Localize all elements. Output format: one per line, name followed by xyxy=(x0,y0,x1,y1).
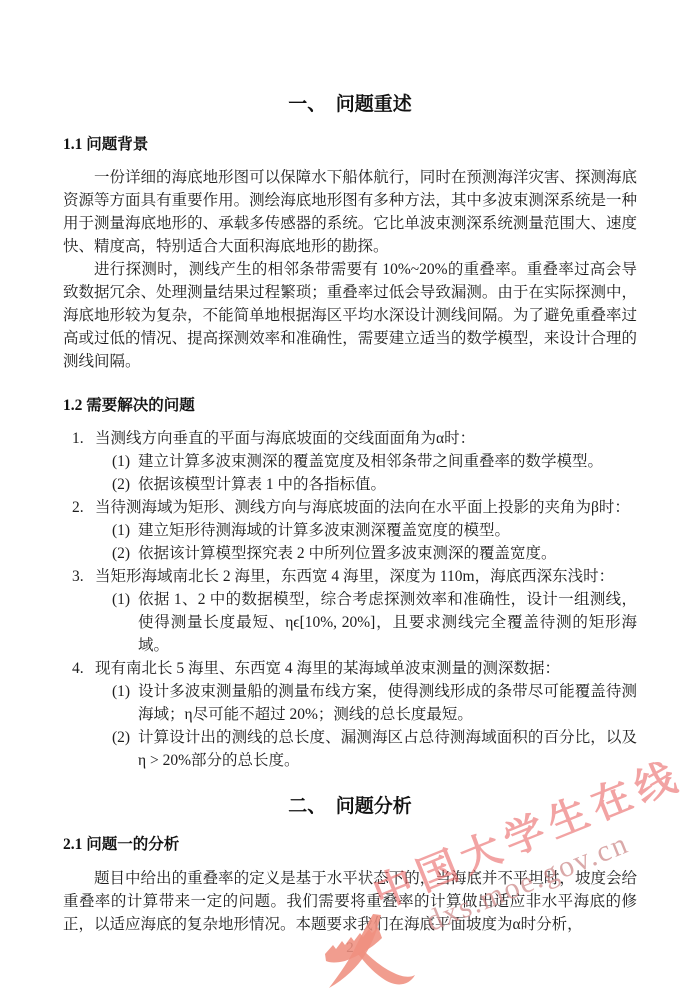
list-item-problem-2-2: (2) 依据该计算模型探究表 2 中所列位置多波束测深的覆盖宽度。 xyxy=(63,542,637,565)
list-item-text: 依据该计算模型探究表 2 中所列位置多波束测深的覆盖宽度。 xyxy=(138,542,637,565)
list-marker: (1) xyxy=(112,588,138,657)
list-marker: (2) xyxy=(112,726,138,772)
list-item-problem-3-1: (1) 依据 1、2 中的数据模型，综合考虑探测效率和准确性，设计一组测线，使得… xyxy=(63,588,637,657)
heading-problems-to-solve: 1.2 需要解决的问题 xyxy=(63,395,637,417)
list-item-text: 依据该模型计算表 1 中的各指标值。 xyxy=(138,473,637,496)
heading-problem-background: 1.1 问题背景 xyxy=(63,134,637,156)
list-marker: (2) xyxy=(112,542,138,565)
section-title-problem-restatement: 一、 问题重述 xyxy=(63,92,637,118)
list-item-problem-2: 2. 当待测海域为矩形、测线方向与海底坡面的法向在水平面上投影的夹角为β时： xyxy=(63,496,637,519)
list-item-text: 计算设计出的测线的总长度、漏测海区占总待测海域面积的百分比，以及 η > 20%… xyxy=(138,726,637,772)
list-item-text: 依据 1、2 中的数据模型，综合考虑探测效率和准确性，设计一组测线，使得测量长度… xyxy=(138,588,637,657)
list-marker: (1) xyxy=(112,450,138,473)
list-item-text: 现有南北长 5 海里、东西宽 4 海里的某海域单波束测量的测深数据： xyxy=(95,657,637,680)
list-item-problem-1-2: (2) 依据该模型计算表 1 中的各指标值。 xyxy=(63,473,637,496)
list-marker: 3. xyxy=(72,565,95,588)
list-item-problem-1: 1. 当测线方向垂直的平面与海底坡面的交线面面角为α时： xyxy=(63,427,637,450)
list-marker: (2) xyxy=(112,473,138,496)
list-marker: 2. xyxy=(72,496,95,519)
list-item-problem-4-1: (1) 设计多波束测量船的测量布线方案，使得测线形成的条带尽可能覆盖待测海域；η… xyxy=(63,680,637,726)
paragraph-background-1: 一份详细的海底地形图可以保障水下船体航行，同时在预测海洋灾害、探测海底资源等方面… xyxy=(63,166,637,258)
section-title-problem-analysis: 二、 问题分析 xyxy=(63,794,637,820)
heading-analysis-problem-1: 2.1 问题一的分析 xyxy=(63,834,637,856)
list-item-problem-4: 4. 现有南北长 5 海里、东西宽 4 海里的某海域单波束测量的测深数据： xyxy=(63,657,637,680)
list-item-text: 建立矩形待测海域的计算多波束测深覆盖宽度的模型。 xyxy=(138,519,637,542)
list-item-problem-4-2: (2) 计算设计出的测线的总长度、漏测海区占总待测海域面积的百分比，以及 η >… xyxy=(63,726,637,772)
paragraph-analysis-1: 题目中给出的重叠率的定义是基于水平状态下的，当海底并不平坦时，坡度会给重叠率的计… xyxy=(63,867,637,936)
paragraph-background-2: 进行探测时，测线产生的相邻条带需要有 10%~20%的重叠率。重叠率过高会导致数… xyxy=(63,258,637,373)
document-page: 一、 问题重述 1.1 问题背景 一份详细的海底地形图可以保障水下船体航行，同时… xyxy=(0,0,700,989)
list-item-problem-2-1: (1) 建立矩形待测海域的计算多波束测深覆盖宽度的模型。 xyxy=(63,519,637,542)
list-item-problem-1-1: (1) 建立计算多波束测深的覆盖宽度及相邻条带之间重叠率的数学模型。 xyxy=(63,450,637,473)
list-marker: (1) xyxy=(112,519,138,542)
list-item-text: 当测线方向垂直的平面与海底坡面的交线面面角为α时： xyxy=(95,427,637,450)
list-marker: 4. xyxy=(72,657,95,680)
list-item-text: 设计多波束测量船的测量布线方案，使得测线形成的条带尽可能覆盖待测海域；η尽可能不… xyxy=(138,680,637,726)
list-item-problem-3: 3. 当矩形海域南北长 2 海里，东西宽 4 海里，深度为 110m，海底西深东… xyxy=(63,565,637,588)
page-number: 2 xyxy=(63,938,637,958)
list-marker: (1) xyxy=(112,680,138,726)
list-marker: 1. xyxy=(72,427,95,450)
list-item-text: 当待测海域为矩形、测线方向与海底坡面的法向在水平面上投影的夹角为β时： xyxy=(95,496,637,519)
list-item-text: 建立计算多波束测深的覆盖宽度及相邻条带之间重叠率的数学模型。 xyxy=(138,450,637,473)
text-block: 一、 问题重述 1.1 问题背景 一份详细的海底地形图可以保障水下船体航行，同时… xyxy=(0,0,700,958)
problem-list: 1. 当测线方向垂直的平面与海底坡面的交线面面角为α时： (1) 建立计算多波束… xyxy=(63,427,637,772)
list-item-text: 当矩形海域南北长 2 海里，东西宽 4 海里，深度为 110m，海底西深东浅时： xyxy=(95,565,637,588)
